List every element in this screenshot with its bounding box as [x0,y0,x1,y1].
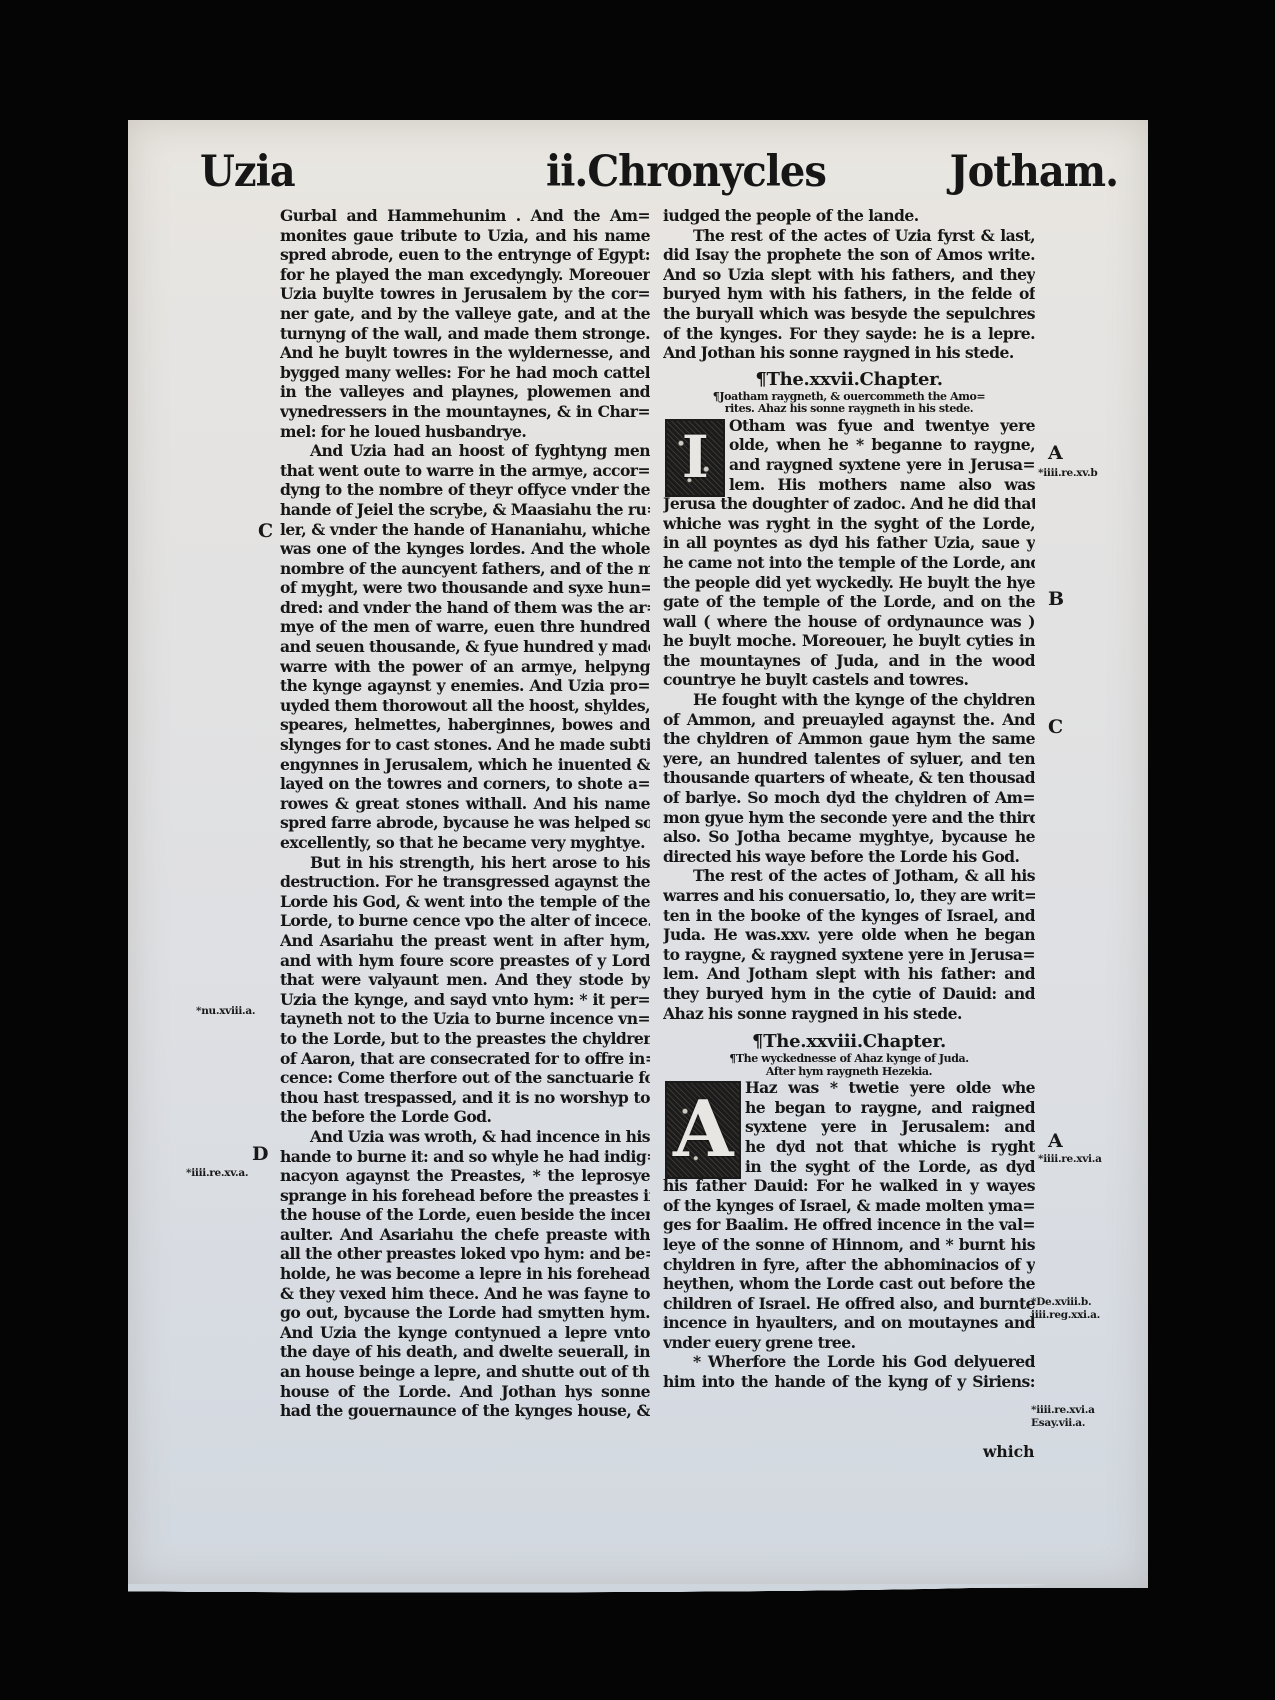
text-line: was one of the kynges lordes. And the wh… [280,539,650,559]
summary-line: ¶The wyckednesse of Ahaz kynge of Juda. [663,1053,1035,1066]
chapter-27-heading: ¶The.xxvii.Chapter. [663,369,1035,391]
text-line: vnder euery grene tree. [663,1333,1035,1353]
margin-reference: *iiii.re.xvi.a [1031,1404,1095,1416]
text-line: spred farre abrode, bycause he was helpe… [280,813,650,833]
margin-reference: *nu.xviii.a. [196,1005,255,1017]
margin-reference: iiii.reg.xxi.a. [1031,1309,1100,1321]
text-line: of Ammon, and preuayled agaynst the. And [663,710,1035,730]
decorated-initial-i: I [665,419,725,497]
text-line: Lorde, to burne cence vpo the alter of i… [280,911,650,931]
text-line: spred abrode, euen to the entrynge of Eg… [280,245,650,265]
text-line: mel: for he loued husbandrye. [280,422,650,442]
text-line: children of Israel. He offred also, and … [663,1294,1035,1314]
text-line: Juda. He was.xxv. yere olde when he bega… [663,925,1035,945]
text-line: an house beinge a lepre, and shutte out … [280,1362,650,1382]
text-line: for he played the man excedyngly. Moreou… [280,265,650,285]
text-line: of the kynges of Israel, & made molten y… [663,1196,1035,1216]
text-line: the house of the Lorde, euen beside the … [280,1205,650,1225]
text-line: tayneth not to the Uzia to burne incence… [280,1009,650,1029]
text-line: uyded them thorowout all the hoost, shyl… [280,696,650,716]
text-line: leye of the sonne of Hinnom, and * burnt… [663,1235,1035,1255]
text-line: Lorde his God, & went into the temple of… [280,892,650,912]
text-line: destruction. For he transgressed agaynst… [280,872,650,892]
text-line: ner gate, and by the valleye gate, and a… [280,304,650,324]
text-line: & they vexed him thece. And he was fayne… [280,1284,650,1304]
text-line: that went oute to warre in the armye, ac… [280,461,650,481]
text-line: And Jothan his sonne raygned in his sted… [663,343,1035,363]
text-line: chyldren in fyre, after the abhominacios… [663,1255,1035,1275]
text-line: he buylt moche. Moreouer, he buylt cytie… [663,631,1035,651]
text-line: hande of Jeiel the scrybe, & Maasiahu th… [280,500,650,520]
text-line: go out, bycause the Lorde had smytten hy… [280,1303,650,1323]
text-line: house of the Lorde. And Jothan hys sonne [280,1382,650,1402]
text-line: The rest of the actes of Jotham, & all h… [663,866,1035,886]
text-line: dred: and vnder the hand of them was the… [280,598,650,618]
text-line: mye of the men of warre, euen thre hundr… [280,617,650,637]
text-line: Uzia buylte towres in Jerusalem by the c… [280,284,650,304]
text-line: turnyng of the wall, and made them stron… [280,324,650,344]
text-line: Uzia the kynge, and sayd vnto hym: * it … [280,990,650,1010]
text-line: of barlye. So moch dyd the chyldren of A… [663,788,1035,808]
margin-reference: *iiii.re.xv.a. [186,1167,248,1179]
text-line: monites gaue tribute to Uzia, and his na… [280,226,650,246]
text-line: also. So Jotha became myghtye, bycause h… [663,827,1035,847]
text-line: the daye of his death, and dwelte seuera… [280,1342,650,1362]
text-line: heythen, whom the Lorde cast out before … [663,1274,1035,1294]
decorated-initial-a: A [665,1081,741,1179]
text-line: yere, an hundred talentes of syluer, and… [663,749,1035,769]
text-line: that were valyaunt men. And they stode b… [280,970,650,990]
text-line: the people did yet wyckedly. He buylt th… [663,573,1035,593]
text-line: aulter. And Asariahu the chefe preaste w… [280,1225,650,1245]
text-line: thousande quarters of wheate, & ten thou… [663,768,1035,788]
text-line: the kynge agaynst y enemies. And Uzia pr… [280,676,650,696]
text-line: bygged many welles: For he had moch catt… [280,363,650,383]
text-line: sprange in his forehead before the preas… [280,1186,650,1206]
text-line: to the Lorde, but to the preastes the ch… [280,1029,650,1049]
running-head-left: Uzia [200,150,295,193]
text-line: engynnes in Jerusalem, which he inuented… [280,755,650,775]
margin-section-letter-c-right: C [1048,716,1063,738]
right-text-column: iudged the people of the lande.The rest … [663,206,1035,1392]
text-line: to raygne, & raygned syxtene yere in Jer… [663,945,1035,965]
text-line: holde, he was become a lepre in his fore… [280,1264,650,1284]
text-line: rowes & great stones withall. And his na… [280,794,650,814]
catchword: which [983,1442,1035,1461]
margin-reference: *iiii.re.xvi.a [1038,1153,1102,1165]
text-line: ten in the booke of the kynges of Israel… [663,906,1035,926]
chapter-28-body: A Haz was * twetie yere olde whehe began… [663,1078,1035,1392]
text-line: excellently, so that he became very mygh… [280,833,650,853]
margin-section-letter-c-left: C [258,520,273,542]
text-line: he came not into the temple of the Lorde… [663,553,1035,573]
text-line: of Aaron, that are consecrated for to of… [280,1049,650,1069]
text-line: him into the hande of the kyng of y Siri… [663,1372,1035,1392]
text-line: And Uzia had an hoost of fyghtyng men [280,441,650,461]
text-line: speares, helmettes, haberginnes, bowes a… [280,715,650,735]
text-line: the before the Lorde God. [280,1107,650,1127]
chapter-27-body: I Otham was fyue and twentye yereolde, w… [663,416,1035,1023]
text-line: thou hast trespassed, and it is no worsh… [280,1088,650,1108]
text-line: Gurbal and Hammehunim . And the Am= [280,206,650,226]
summary-line: After hym raygneth Hezekia. [663,1066,1035,1079]
text-line: of the kynges. For they sayde: he is a l… [663,324,1035,344]
text-line: lem. And Jotham slept with his father: a… [663,964,1035,984]
summary-line: rites. Ahaz his sonne raygneth in his st… [663,403,1035,416]
chapter-28-summary: ¶The wyckednesse of Ahaz kynge of Juda. … [663,1053,1035,1078]
text-line: And Uzia the kynge contynued a lepre vnt… [280,1323,650,1343]
text-line: ler, & vnder the hande of Hananiahu, whi… [280,520,650,540]
text-line: layed on the towres and corners, to shot… [280,774,650,794]
text-line: But in his strength, his hert arose to h… [280,853,650,873]
text-line: The rest of the actes of Uzia fyrst & la… [663,226,1035,246]
chapter-27-summary: ¶Joatham raygneth, & ouercommeth the Amo… [663,391,1035,416]
text-line: warres and his conuersatio, lo, they are… [663,886,1035,906]
text-line: slynges for to cast stones. And he made … [280,735,650,755]
margin-reference: *De.xviii.b. [1031,1296,1091,1308]
text-line: of myght, were two thousande and syxe hu… [280,578,650,598]
text-line: in all poyntes as dyd his father Uzia, s… [663,533,1035,553]
text-line: He fought with the kynge of the chyldren [663,690,1035,710]
margin-reference: Esay.vii.a. [1031,1417,1085,1429]
text-line: incence in hyaulters, and on moutaynes a… [663,1313,1035,1333]
text-line: did Isay the prophete the son of Amos wr… [663,245,1035,265]
running-head-book-title: ii.Chronycles [546,150,826,193]
text-line: warre with the power of an armye, helpyn… [280,657,650,677]
margin-section-letter-b-right: B [1048,588,1064,610]
text-line: the chyldren of Ammon gaue hym the same [663,729,1035,749]
chapter-28-heading: ¶The.xxviii.Chapter. [663,1031,1035,1053]
text-line: And Uzia was wroth, & had incence in his [280,1127,650,1147]
text-line: And so Uzia slept with his fathers, and … [663,265,1035,285]
margin-reference: *iiii.re.xv.b [1038,467,1097,479]
text-line: and seuen thousande, & fyue hundred y ma… [280,637,650,657]
text-line: hande to burne it: and so whyle he had i… [280,1147,650,1167]
text-line: wall ( where the house of ordynaunce was… [663,612,1035,632]
text-line: directed his waye before the Lorde his G… [663,847,1035,867]
margin-section-letter-a-right: A [1048,442,1063,464]
text-line: ges for Baalim. He offred incence in the… [663,1215,1035,1235]
text-line: And he buylt towres in the wyldernesse, … [280,343,650,363]
text-line: dyng to the nombre of theyr offyce vnder… [280,480,650,500]
text-line: mon gyue hym the seconde yere and the th… [663,808,1035,828]
margin-section-letter-a2-right: A [1048,1130,1063,1152]
text-line: countrye he buylt castels and towres. [663,670,1035,690]
running-head-right: Jotham. [950,150,1118,193]
text-line: And Asariahu the preast went in after hy… [280,931,650,951]
text-line: in the valleyes and playnes, plowemen an… [280,382,650,402]
bible-leaf: Uzia ii.Chronycles Jotham. Gurbal and Ha… [128,120,1148,1588]
text-line: gate of the temple of the Lorde, and on … [663,592,1035,612]
text-line: buryed hym with his fathers, in the feld… [663,284,1035,304]
margin-section-letter-d-left: D [252,1143,268,1165]
text-line: iudged the people of the lande. [663,206,1035,226]
text-line: the mountaynes of Juda, and in the wood [663,651,1035,671]
left-text-column: Gurbal and Hammehunim . And the Am=monit… [280,206,650,1421]
text-line: they buryed hym in the cytie of Dauid: a… [663,984,1035,1004]
text-line: the buryall which was besyde the sepulch… [663,304,1035,324]
text-line: vynedressers in the mountaynes, & in Cha… [280,402,650,422]
text-line: Ahaz his sonne raygned in his stede. [663,1004,1035,1024]
text-line: Jerusa the doughter of zadoc. And he did… [663,494,1035,514]
text-line: whiche was ryght in the syght of the Lor… [663,514,1035,534]
text-line: nombre of the auncyent fathers, and of t… [280,559,650,579]
text-line: * Wherfore the Lorde his God delyuered [663,1352,1035,1372]
text-line: nacyon agaynst the Preastes, * the lepro… [280,1166,650,1186]
text-line: all the other preastes loked vpo hym: an… [280,1244,650,1264]
text-line: had the gouernaunce of the kynges house,… [280,1401,650,1421]
text-line: cence: Come therfore out of the sanctuar… [280,1068,650,1088]
text-line: and with hym foure score preastes of y L… [280,951,650,971]
